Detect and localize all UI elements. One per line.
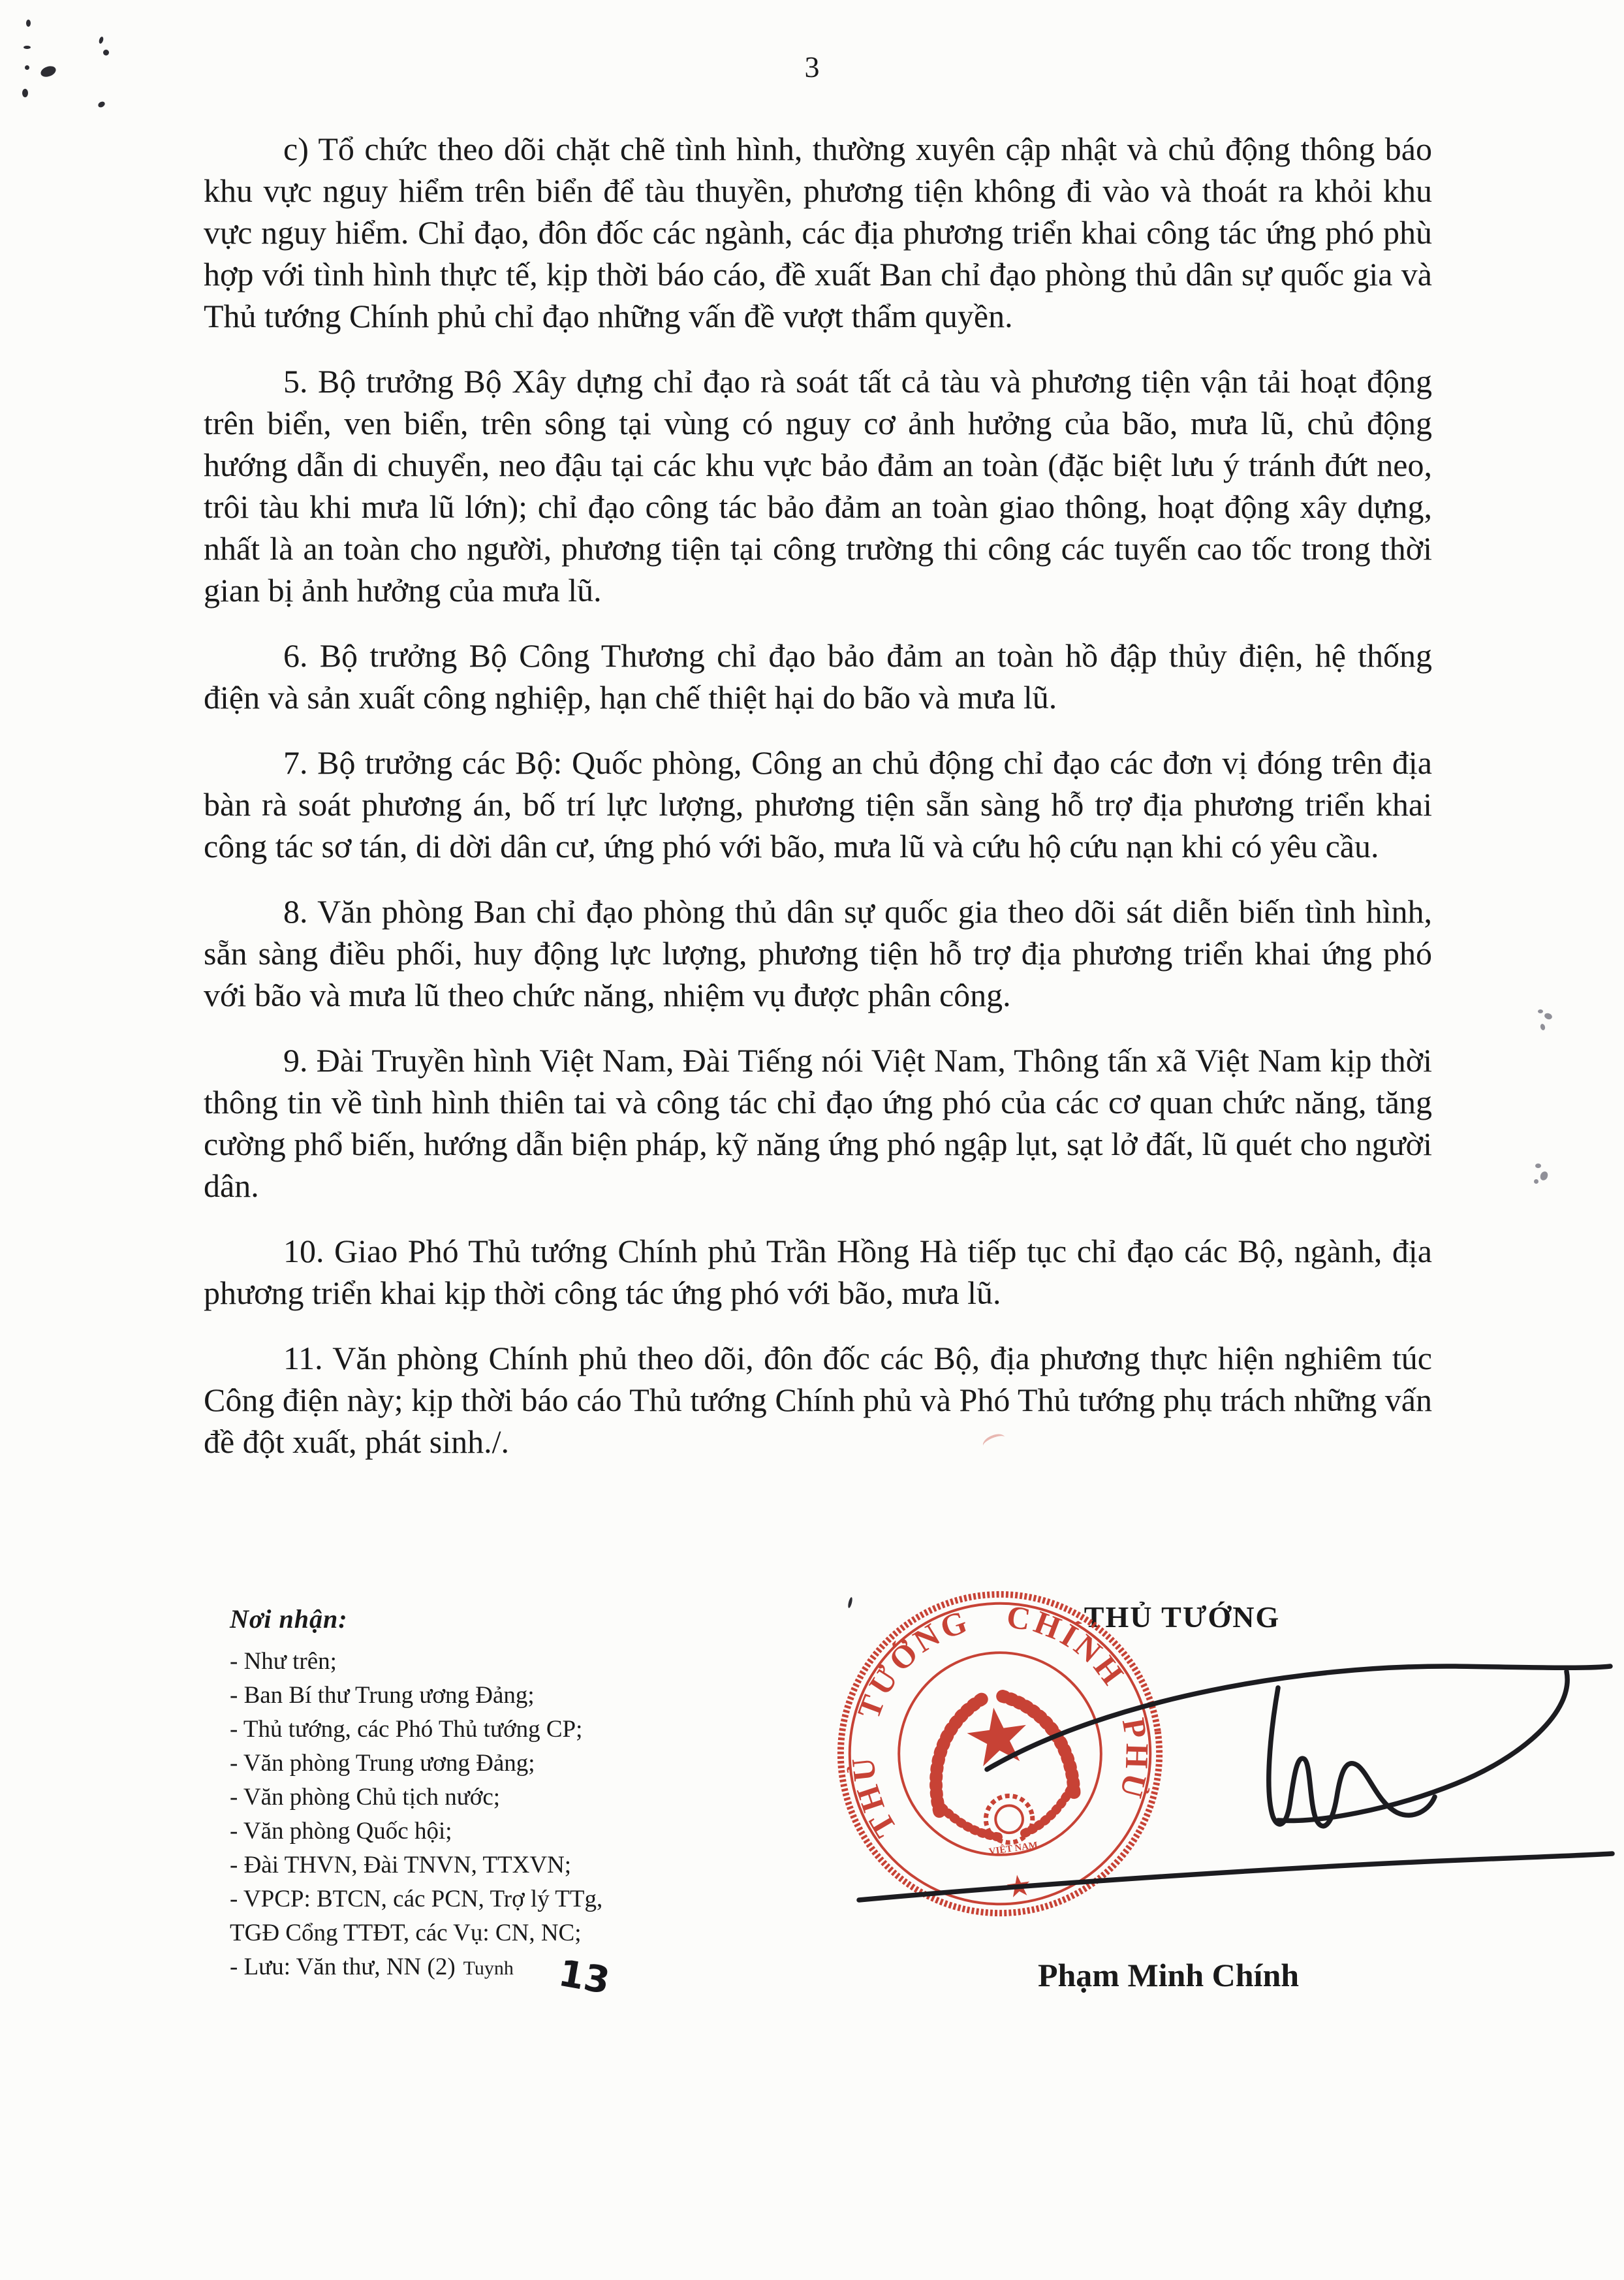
scan-mark [1534,1179,1538,1184]
scan-speck [25,65,29,70]
handwritten-number: 13 [555,1952,613,2003]
recipient-item: TGĐ Cổng TTĐT, các Vụ: CN, NC; [230,1916,602,1950]
signature-stroke-underline [859,1854,1612,1900]
scan-mark [1539,1170,1550,1181]
recipient-item: - Đài THVN, Đài TNVN, TTXVN; [230,1848,602,1882]
scanned-document-page: 3 c) Tổ chức theo dõi chặt chẽ tình hình… [0,0,1624,2280]
recipient-item: - Văn phòng Quốc hội; [230,1814,602,1848]
recipient-item: - Văn phòng Chủ tịch nước; [230,1781,602,1814]
recipient-item: - Văn phòng Trung ương Đảng; [230,1747,602,1781]
scan-speck [103,50,109,55]
recipients-list: - Như trên; - Ban Bí thư Trung ương Đảng… [230,1645,602,1950]
body-paragraph: 10. Giao Phó Thủ tướng Chính phủ Trần Hồ… [204,1230,1432,1314]
signature-stroke-squiggle [1269,1688,1435,1826]
body-paragraph: c) Tổ chức theo dõi chặt chẽ tình hình, … [204,128,1432,337]
archive-note-line: - Lưu: Văn thư, NN (2)Tuynh [230,1950,602,1986]
body-paragraph: 11. Văn phòng Chính phủ theo dõi, đôn đố… [204,1337,1432,1463]
scan-speck [97,101,106,108]
scan-mark [1544,1012,1553,1021]
page-number: 3 [0,50,1624,84]
scan-speck [23,46,31,49]
scan-mark [1540,1023,1546,1030]
recipient-item: - Ban Bí thư Trung ương Đảng; [230,1679,602,1713]
recipients-heading: Nơi nhận: [230,1604,602,1634]
scan-mark [1535,1164,1541,1168]
scan-speck [22,89,28,97]
scan-speck [26,20,31,27]
scan-speck [98,36,104,44]
body-paragraph: 6. Bộ trưởng Bộ Công Thương chỉ đạo bảo … [204,635,1432,718]
scan-mark [1538,1009,1543,1013]
body-paragraph: 9. Đài Truyền hình Việt Nam, Đài Tiếng n… [204,1039,1432,1207]
signature-ink [751,1567,1624,1933]
recipient-item: - Thủ tướng, các Phó Thủ tướng CP; [230,1713,602,1747]
typist-initial: Tuynh [463,1957,514,1979]
body-paragraph: 5. Bộ trưởng Bộ Xây dựng chỉ đạo rà soát… [204,360,1432,611]
body-paragraph: 8. Văn phòng Ban chỉ đạo phòng thủ dân s… [204,891,1432,1016]
body-paragraph: 7. Bộ trưởng các Bộ: Quốc phòng, Công an… [204,742,1432,867]
signer-name: Phạm Minh Chính [991,1956,1346,1994]
signature-stroke-loop [1278,1671,1567,1821]
recipient-item: - Như trên; [230,1645,602,1679]
recipient-item: - VPCP: BTCN, các PCN, Trợ lý TTg, [230,1882,602,1916]
document-body: c) Tổ chức theo dõi chặt chẽ tình hình, … [204,128,1432,1486]
recipients-block: Nơi nhận: - Như trên; - Ban Bí thư Trung… [230,1604,602,1986]
archive-note-text: - Lưu: Văn thư, NN (2) [230,1954,456,1980]
